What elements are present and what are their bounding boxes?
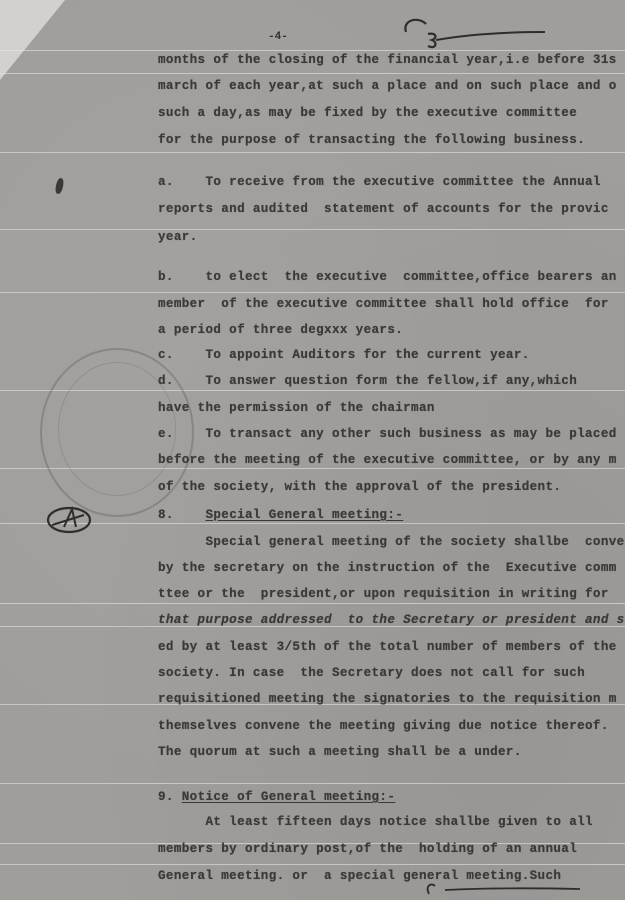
body-line: that purpose addressed to the Secretary … (158, 613, 625, 627)
handwritten-underline (425, 880, 585, 900)
body-line: The quorum at such a meeting shall be a … (158, 745, 522, 759)
ink-blot (54, 177, 64, 194)
body-line: ed by at least 3/5th of the total number… (158, 640, 617, 654)
body-line: of the society, with the approval of the… (158, 480, 561, 494)
scan-streak (0, 229, 625, 230)
list-item-a: a. To receive from the executive committ… (158, 175, 601, 189)
body-line: members by ordinary post,of the holding … (158, 842, 577, 856)
body-line: such a day,as may be fixed by the execut… (158, 106, 577, 120)
handwritten-page-annotation (400, 14, 560, 50)
handwritten-initial-mark (44, 503, 94, 538)
scan-streak (0, 50, 625, 51)
section-number: 8. (158, 508, 174, 522)
scan-streak (0, 864, 625, 865)
list-item-b: b. to elect the executive committee,offi… (158, 270, 617, 284)
body-line: Special general meeting of the society s… (158, 535, 625, 549)
body-line: for the purpose of transacting the follo… (158, 133, 585, 147)
body-line: year. (158, 230, 198, 244)
body-line: by the secretary on the instruction of t… (158, 561, 617, 575)
body-line: society. In case the Secretary does not … (158, 666, 585, 680)
body-line: have the permission of the chairman (158, 401, 435, 415)
body-line: a period of three degxxx years. (158, 323, 403, 337)
body-line: reports and audited statement of account… (158, 202, 609, 216)
scan-streak (0, 292, 625, 293)
scan-streak (0, 783, 625, 784)
section-number: 9. (158, 790, 174, 804)
scan-streak (0, 152, 625, 153)
body-line: ttee or the president,or upon requisitio… (158, 587, 609, 601)
body-line: months of the closing of the financial y… (158, 53, 617, 67)
section-9-heading: 9. Notice of General meeting:- (158, 790, 395, 804)
scanned-page: -4- months of the closing of the financi… (0, 0, 625, 900)
section-8-heading: 8. Special General meeting:- (158, 508, 403, 522)
scan-streak (0, 603, 625, 604)
section-title: Notice of General meeting:- (182, 790, 396, 804)
scan-streak (0, 73, 625, 74)
torn-corner (0, 0, 65, 80)
body-line: requisitioned meeting the signatories to… (158, 692, 617, 706)
body-line: march of each year,at such a place and o… (158, 79, 617, 93)
list-item-e: e. To transact any other such business a… (158, 427, 617, 441)
body-line: themselves convene the meeting giving du… (158, 719, 609, 733)
page-number: -4- (268, 31, 288, 43)
list-item-c: c. To appoint Auditors for the current y… (158, 348, 530, 362)
list-item-d: d. To answer question form the fellow,if… (158, 374, 577, 388)
body-line: member of the executive committee shall … (158, 297, 609, 311)
body-line: At least fifteen days notice shallbe giv… (158, 815, 593, 829)
section-title: Special General meeting:- (205, 508, 403, 522)
body-line: before the meeting of the executive comm… (158, 453, 617, 467)
